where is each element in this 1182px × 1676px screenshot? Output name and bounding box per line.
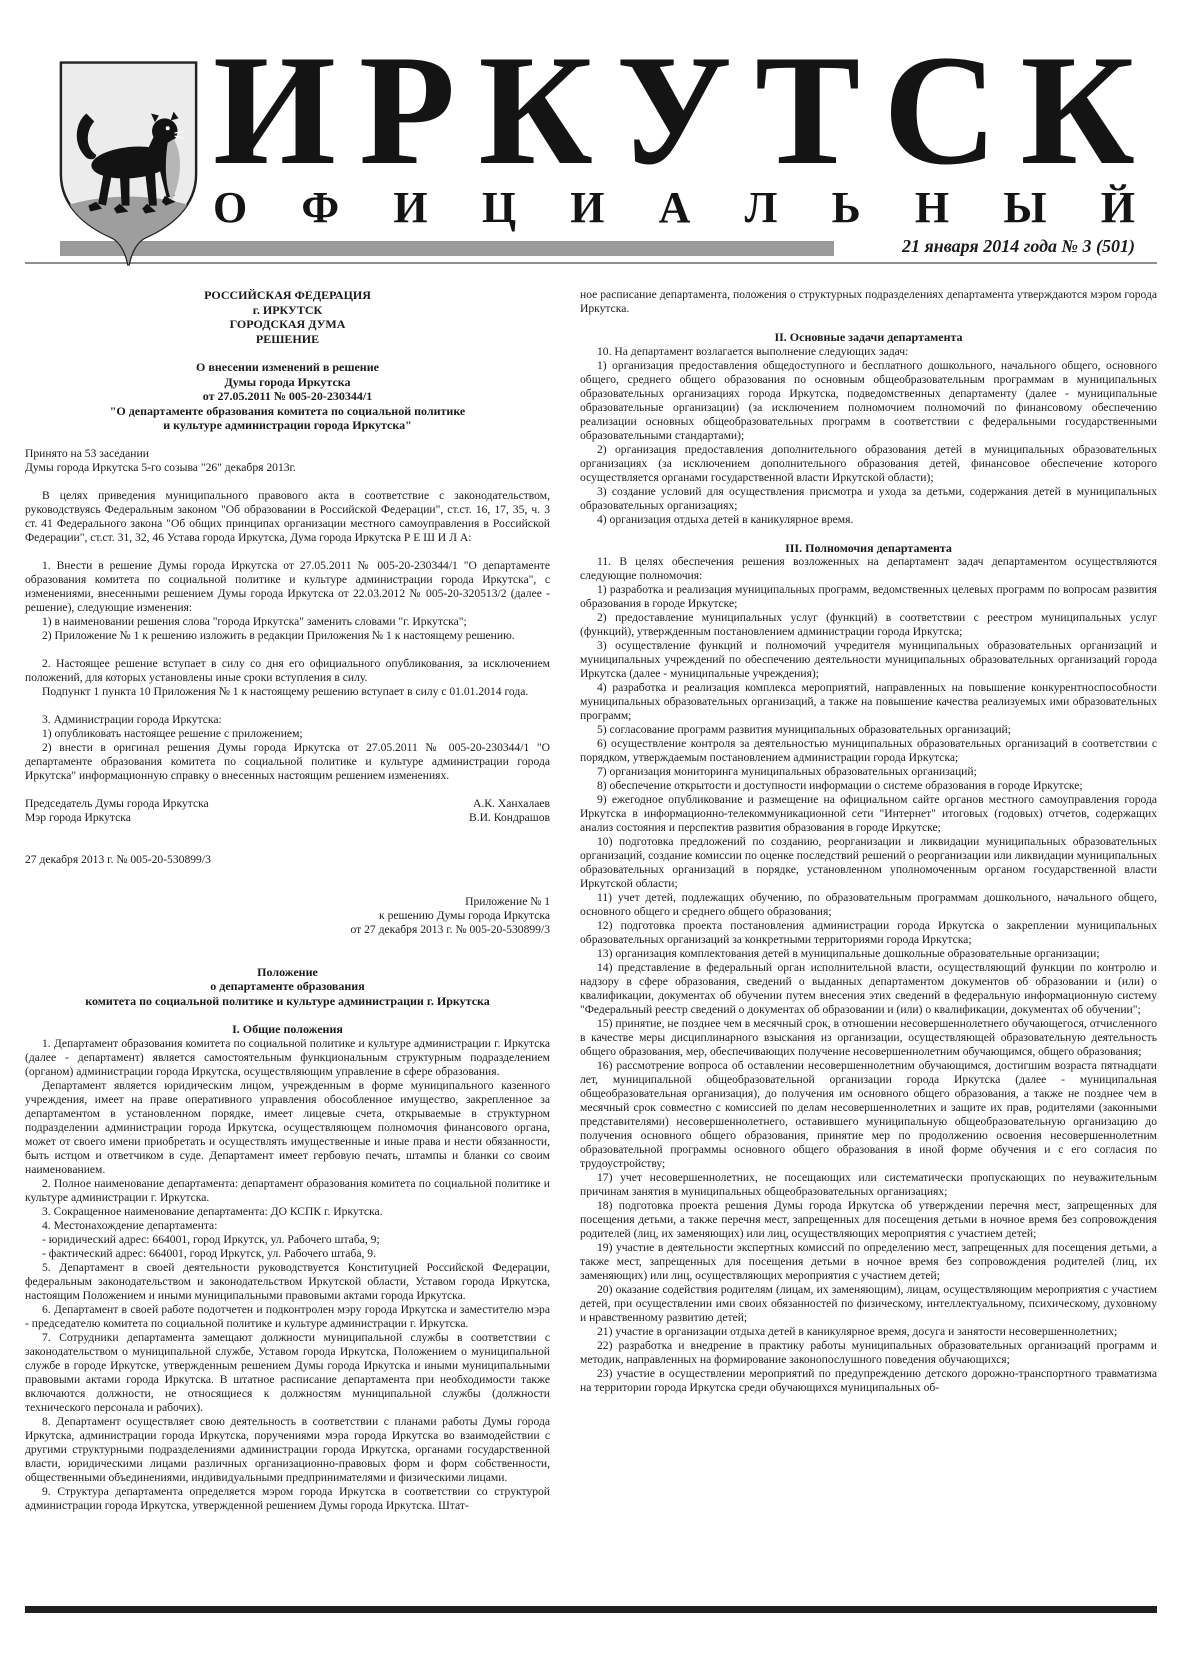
paragraph: 2) Приложение № 1 к решению изложить в р… — [25, 629, 550, 643]
masthead-bar-row: 21 января 2014 года № 3 (501) — [60, 241, 1135, 256]
newspaper-page: { "masthead": { "title": "ИРКУТСК", "sub… — [0, 0, 1182, 1676]
paragraph: 1) разработка и реализация муниципальных… — [580, 583, 1157, 611]
annex-line: Приложение № 1 — [25, 895, 550, 909]
paragraph: 2) внести в оригинал решения Думы города… — [25, 741, 550, 783]
paragraph: В целях приведения муниципального правов… — [25, 489, 550, 545]
section-heading: I. Общие положения — [25, 1022, 550, 1037]
annex-line: от 27 декабря 2013 г. № 005-20-530899/3 — [25, 923, 550, 937]
paragraph: 8. Департамент осуществляет свою деятель… — [25, 1415, 550, 1485]
issue-date-line: 21 января 2014 года № 3 (501) — [848, 237, 1135, 256]
paragraph: 2. Настоящее решение вступает в силу со … — [25, 657, 550, 685]
decision-title-line: от 27.05.2011 № 005-20-230344/1 — [25, 389, 550, 404]
paragraph: 13) организация комплектования детей в м… — [580, 947, 1157, 961]
signature-row: Председатель Думы города Иркутска А.К. Х… — [25, 797, 550, 811]
paragraph: 14) представление в федеральный орган ис… — [580, 961, 1157, 1017]
section-heading: III. Полномочия департамента — [580, 541, 1157, 556]
paragraph: 12) подготовка проекта постановления адм… — [580, 919, 1157, 947]
paragraph: - юридический адрес: 664001, город Иркут… — [25, 1233, 550, 1247]
adopted-line: Принято на 53 заседании — [25, 447, 550, 461]
paragraph: 22) разработка и внедрение в практику ра… — [580, 1339, 1157, 1367]
adopted-line: Думы города Иркутска 5-го созыва "26" де… — [25, 461, 550, 475]
paragraph: 2) организация предоставления дополнител… — [580, 443, 1157, 485]
regulation-title-line: комитета по социальной политике и культу… — [25, 994, 550, 1009]
paragraph: 4) разработка и реализация комплекса мер… — [580, 681, 1157, 723]
paragraph: 5) согласование программ развития муници… — [580, 723, 1157, 737]
signature-row: Мэр города Иркутска В.И. Кондрашов — [25, 811, 550, 825]
paragraph: 1. Департамент образования комитета по с… — [25, 1037, 550, 1079]
paragraph: 10) подготовка предложений по созданию, … — [580, 835, 1157, 891]
paragraph: Подпункт 1 пункта 10 Приложения № 1 к на… — [25, 685, 550, 699]
paragraph: 1. Внести в решение Думы города Иркутска… — [25, 559, 550, 615]
paragraph: 7. Сотрудники департамента замещают долж… — [25, 1331, 550, 1415]
regulation-title-line: о департаменте образования — [25, 979, 550, 994]
document-number: 27 декабря 2013 г. № 005-20-530899/3 — [25, 853, 550, 867]
paragraph: 5. Департамент в своей деятельности руко… — [25, 1261, 550, 1303]
right-column: ное расписание департамента, положения о… — [580, 288, 1157, 1604]
paragraph: 3. Сокращенное наименование департамента… — [25, 1205, 550, 1219]
page-bottom-rule — [25, 1606, 1157, 1613]
paragraph: 2) предоставление муниципальных услуг (ф… — [580, 611, 1157, 639]
decision-title-line: Думы города Иркутска — [25, 375, 550, 390]
decision-title-line: и культуре администрации города Иркутска… — [25, 418, 550, 433]
paragraph: 21) участие в организации отдыха детей в… — [580, 1325, 1157, 1339]
paragraph: Департамент является юридическим лицом, … — [25, 1079, 550, 1177]
paragraph: 11) учет детей, подлежащих обучению, по … — [580, 891, 1157, 919]
paragraph: 7) организация мониторинга муниципальных… — [580, 765, 1157, 779]
federation-header-line: г. ИРКУТСК — [25, 303, 550, 318]
signature-post: Мэр города Иркутска — [25, 811, 131, 825]
paragraph: 4) организация отдыха детей в каникулярн… — [580, 513, 1157, 527]
section-heading: II. Основные задачи департамента — [580, 330, 1157, 345]
paragraph: 17) учет несовершеннолетних, не посещающ… — [580, 1171, 1157, 1199]
paragraph: - фактический адрес: 664001, город Иркут… — [25, 1247, 550, 1261]
federation-header-line: РОССИЙСКАЯ ФЕДЕРАЦИЯ — [25, 288, 550, 303]
paragraph: 1) в наименовании решения слова "города … — [25, 615, 550, 629]
paragraph: 6. Департамент в своей работе подотчетен… — [25, 1303, 550, 1331]
annex-line: к решению Думы города Иркутска — [25, 909, 550, 923]
paragraph: 9) ежегодное опубликование и размещение … — [580, 793, 1157, 835]
paragraph: 3) создание условий для осуществления пр… — [580, 485, 1157, 513]
paragraph: 1) опубликовать настоящее решение с прил… — [25, 727, 550, 741]
masthead: ИРКУТСК ОФИЦИАЛЬНЫЙ 21 января 2014 года … — [25, 28, 1157, 266]
paragraph: 10. На департамент возлагается выполнени… — [580, 345, 1157, 359]
paragraph: 11. В целях обеспечения решения возложен… — [580, 555, 1157, 583]
paragraph: 3) осуществление функций и полномочий уч… — [580, 639, 1157, 681]
federation-header-line: ГОРОДСКАЯ ДУМА — [25, 317, 550, 332]
paragraph: 1) организация предоставления общедоступ… — [580, 359, 1157, 443]
paragraph: 19) участие в деятельности экспертных ко… — [580, 1241, 1157, 1283]
signature-name: В.И. Кондрашов — [469, 811, 550, 825]
irkutsk-coat-of-arms-icon — [55, 58, 202, 270]
left-column: РОССИЙСКАЯ ФЕДЕРАЦИЯ г. ИРКУТСК ГОРОДСКА… — [25, 288, 550, 1604]
paragraph: 8) обеспечение открытости и доступности … — [580, 779, 1157, 793]
paragraph: 6) осуществление контроля за деятельност… — [580, 737, 1157, 765]
paragraph: 2. Полное наименование департамента: деп… — [25, 1177, 550, 1205]
masthead-title-block: ИРКУТСК ОФИЦИАЛЬНЫЙ — [213, 38, 1135, 230]
federation-header-line: РЕШЕНИЕ — [25, 332, 550, 347]
paragraph: 4. Местонахождение департамента: — [25, 1219, 550, 1233]
newspaper-title: ИРКУТСК — [213, 38, 1135, 170]
decision-title-line: О внесении изменений в решение — [25, 360, 550, 375]
regulation-title-line: Положение — [25, 965, 550, 980]
signature-name: А.К. Ханхалаев — [473, 797, 550, 811]
signature-post: Председатель Думы города Иркутска — [25, 797, 209, 811]
paragraph: 20) оказание содействия родителям (лицам… — [580, 1283, 1157, 1325]
article-columns: РОССИЙСКАЯ ФЕДЕРАЦИЯ г. ИРКУТСК ГОРОДСКА… — [25, 288, 1157, 1604]
decision-title-line: "О департаменте образования комитета по … — [25, 404, 550, 419]
paragraph: 15) принятие, не позднее чем в месячный … — [580, 1017, 1157, 1059]
paragraph: 23) участие в осуществлении мероприятий … — [580, 1367, 1157, 1395]
paragraph: 9. Структура департамента определяется м… — [25, 1485, 550, 1513]
paragraph: 18) подготовка проекта решения Думы горо… — [580, 1199, 1157, 1241]
continuation-paragraph: ное расписание департамента, положения о… — [580, 288, 1157, 316]
paragraph: 3. Администрации города Иркутска: — [25, 713, 550, 727]
paragraph: 16) рассмотрение вопроса об оставлении н… — [580, 1059, 1157, 1171]
